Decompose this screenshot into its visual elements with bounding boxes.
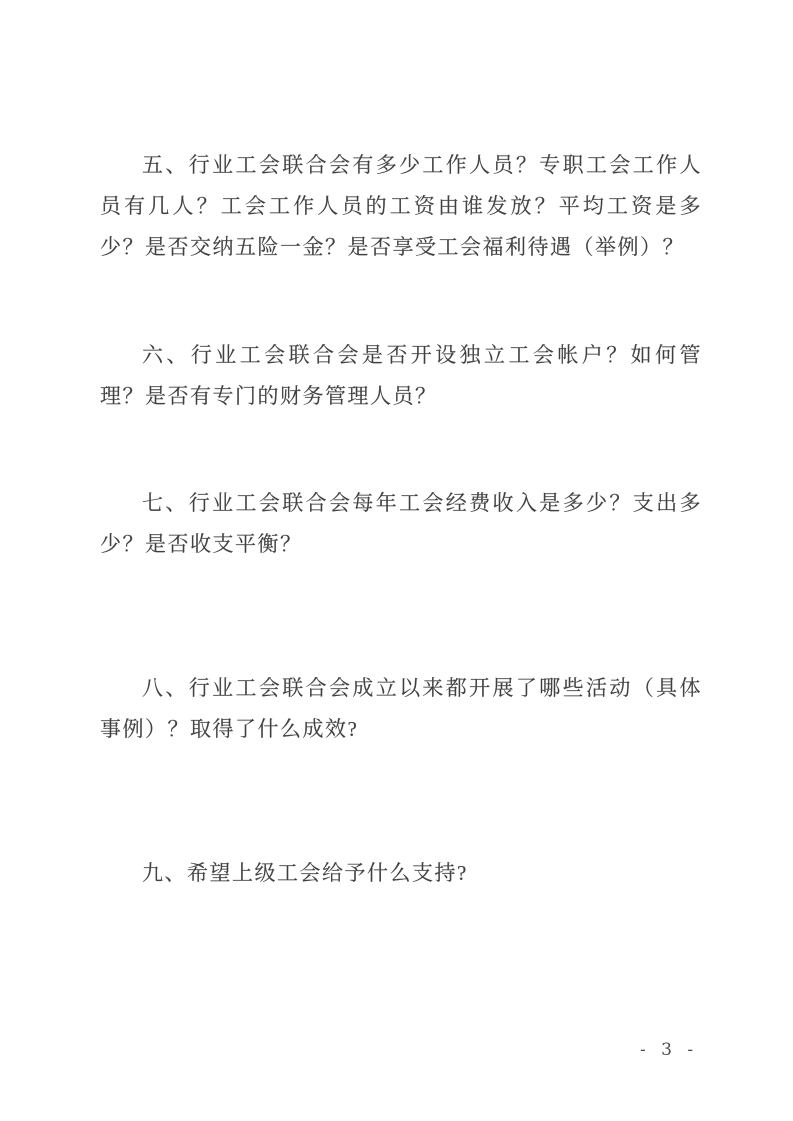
question-paragraph-7: 七、行业工会联合会每年工会经费收入是多少？支出多少？是否收支平衡？ — [100, 483, 702, 565]
document-body: 五、行业工会联合会有多少工作人员？专职工会工作人员有几人？工会工作人员的工资由谁… — [100, 0, 702, 894]
question-paragraph-9: 九、希望上级工会给予什么支持? — [100, 853, 702, 894]
question-paragraph-5: 五、行业工会联合会有多少工作人员？专职工会工作人员有几人？工会工作人员的工资由谁… — [100, 145, 702, 268]
question-paragraph-6: 六、行业工会联合会是否开设独立工会帐户？如何管理？是否有专门的财务管理人员？ — [100, 335, 702, 417]
question-paragraph-8: 八、行业工会联合会成立以来都开展了哪些活动（具体事例）？取得了什么成效? — [100, 668, 702, 750]
page-number: - 3 - — [640, 1040, 698, 1060]
document-page: 五、行业工会联合会有多少工作人员？专职工会工作人员有几人？工会工作人员的工资由谁… — [0, 0, 793, 1121]
